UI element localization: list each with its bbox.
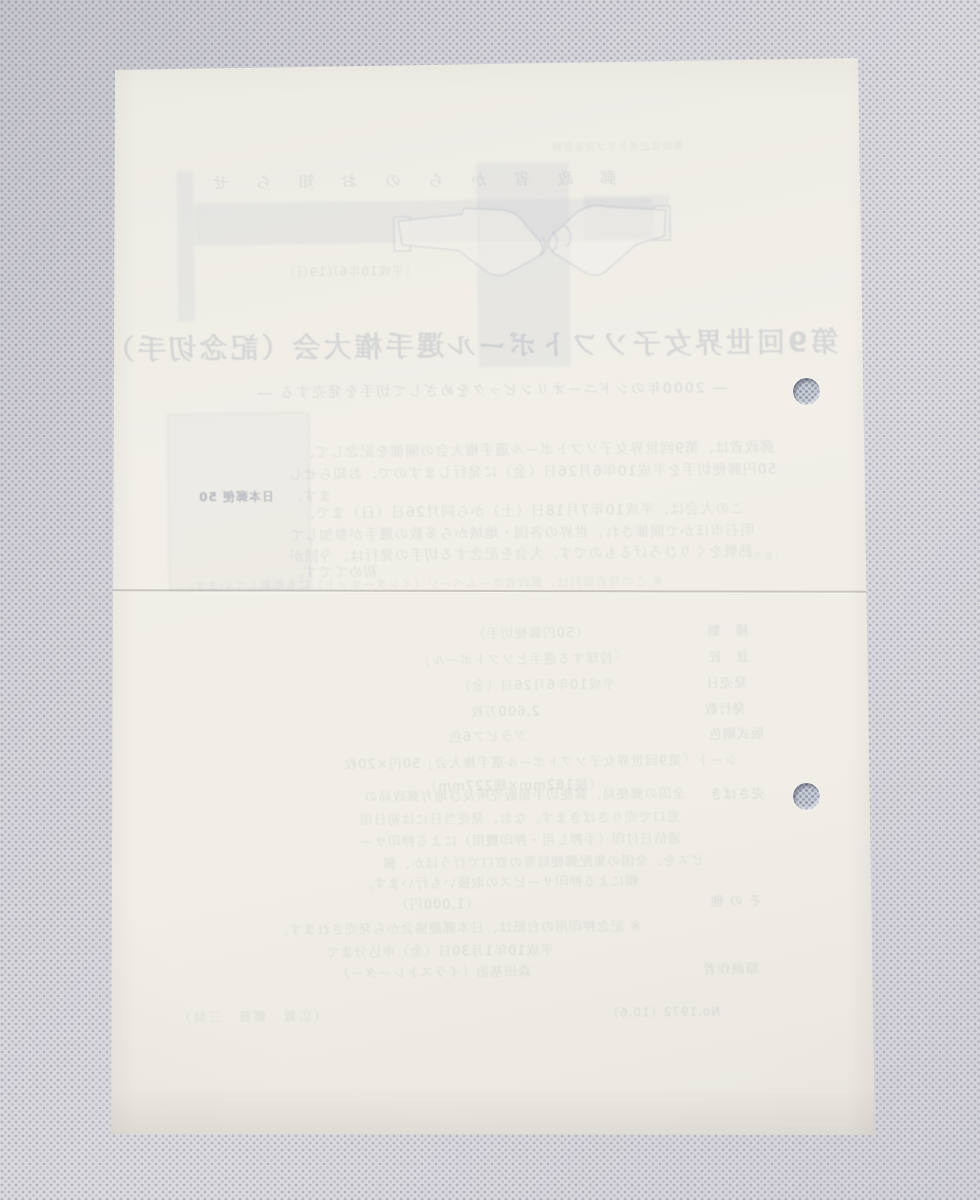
ghost-footer-left: （広報 郵務 三局）	[176, 1010, 326, 1024]
ghost-detail-value: 「投球する選手とソフトボール」	[417, 652, 627, 667]
ghost-masthead-date: 〔平成10年6月19日〕	[282, 265, 416, 279]
ghost-headline: 第9回世界女子ソフトボール選手権大会（記念切手）	[143, 328, 838, 364]
ghost-other-label: そ の 他	[710, 895, 762, 909]
ghost-detail-value: 2,600万枚	[469, 705, 539, 719]
ghost-artist-value: 森田基治（イラストレーター）	[335, 966, 531, 981]
ghost-sales-label: 売さばき	[708, 788, 764, 802]
ghost-body-line: 熱戦をくりひろげるものです。大会を記念する切手の発行は、今回が	[289, 545, 753, 564]
ghost-note-line: ※ 記念押印用の台紙は、日本郵趣協会から発売されます。	[275, 920, 641, 937]
ghost-detail-value: 平成10年6月26日（金）	[457, 679, 615, 694]
fabric-background: 郵政省記者クラブ発表資料 郵 政 省 か ら の お 知 ら せ 〔平成10年6…	[0, 0, 980, 1200]
ghost-body-line: 明石市ほかで開催され、世界の各国・地域から多数の選手が参加して	[288, 524, 754, 543]
punch-hole-bottom	[793, 783, 820, 810]
ghost-footer-right: No.1972（10.6）	[606, 1005, 720, 1018]
ghost-body-line: ます。	[288, 490, 332, 504]
ghost-other-value: （1,000円）	[395, 898, 479, 912]
ghost-handshake-icon	[392, 184, 673, 291]
ghost-masthead-title: 郵 政 省 か ら の お 知 ら せ	[201, 171, 616, 192]
ghost-detail-value: グラビア6色	[448, 731, 527, 745]
ghost-sales-line: 全国の郵便局、郵便切手類販売所及び地方郵政局の	[363, 788, 685, 805]
ghost-artist-label: 原画作者	[702, 963, 758, 977]
ghost-stamp-inscription: 日本郵便 50	[198, 490, 274, 503]
ghost-sales-line: 通信日付印（手押し用・押印機用）による押印サー	[359, 833, 681, 850]
ghost-logo-bar	[176, 171, 195, 321]
ghost-subtitle: ― 2000年のシドニーオリンピックをめざして切手を発売する ―	[219, 381, 764, 401]
ghost-body-line: 郵政省は、第9回世界女子ソフトボール選手権大会の開催を記念して、	[300, 441, 789, 461]
ghost-detail-label: 種 類	[707, 625, 749, 638]
ghost-detail-label: 発売日	[705, 677, 747, 690]
ghost-deadline-line: 平成10年1月30日（金）申込分まで	[325, 944, 553, 960]
ghost-top-note: 郵政省記者クラブ発表資料	[551, 143, 683, 154]
ghost-sheet-line: シート「第9回世界女子ソフトボール選手権大会」50円×20枚	[343, 754, 737, 771]
ghost-sales-line: 窓口で売りさばきます。なお、発売当日には初日用	[359, 811, 680, 828]
ghost-sales-line: 頼による押印サービスの取扱いも行います。	[359, 875, 638, 891]
ghost-detail-label: 意 匠	[707, 651, 749, 664]
ghost-body-line: この大会は、平成10年7月18日（土）から同月26日（日）まで、	[300, 502, 759, 521]
ghost-showthrough-layer: 郵政省記者クラブ発表資料 郵 政 省 か ら の お 知 ら せ 〔平成10年6…	[100, 46, 887, 1145]
ghost-detail-value: （50円郵便切手）	[472, 627, 589, 641]
ghost-sales-line: ビスを、全国の集配郵便局等の窓口で行うほか、郵	[382, 855, 704, 872]
punch-hole-top	[793, 378, 820, 405]
ghost-side-note: （参考）	[741, 553, 785, 563]
ghost-body-line: 50円郵便切手を平成10年6月26日（金）に発行しますので、お知らせし	[288, 463, 777, 483]
paper-sheet-back: 郵政省記者クラブ発表資料 郵 政 省 か ら の お 知 ら せ 〔平成10年6…	[105, 50, 880, 1140]
ghost-detail-label: 発行数	[703, 703, 745, 716]
ghost-detail-label: 版式刷色	[708, 728, 764, 742]
